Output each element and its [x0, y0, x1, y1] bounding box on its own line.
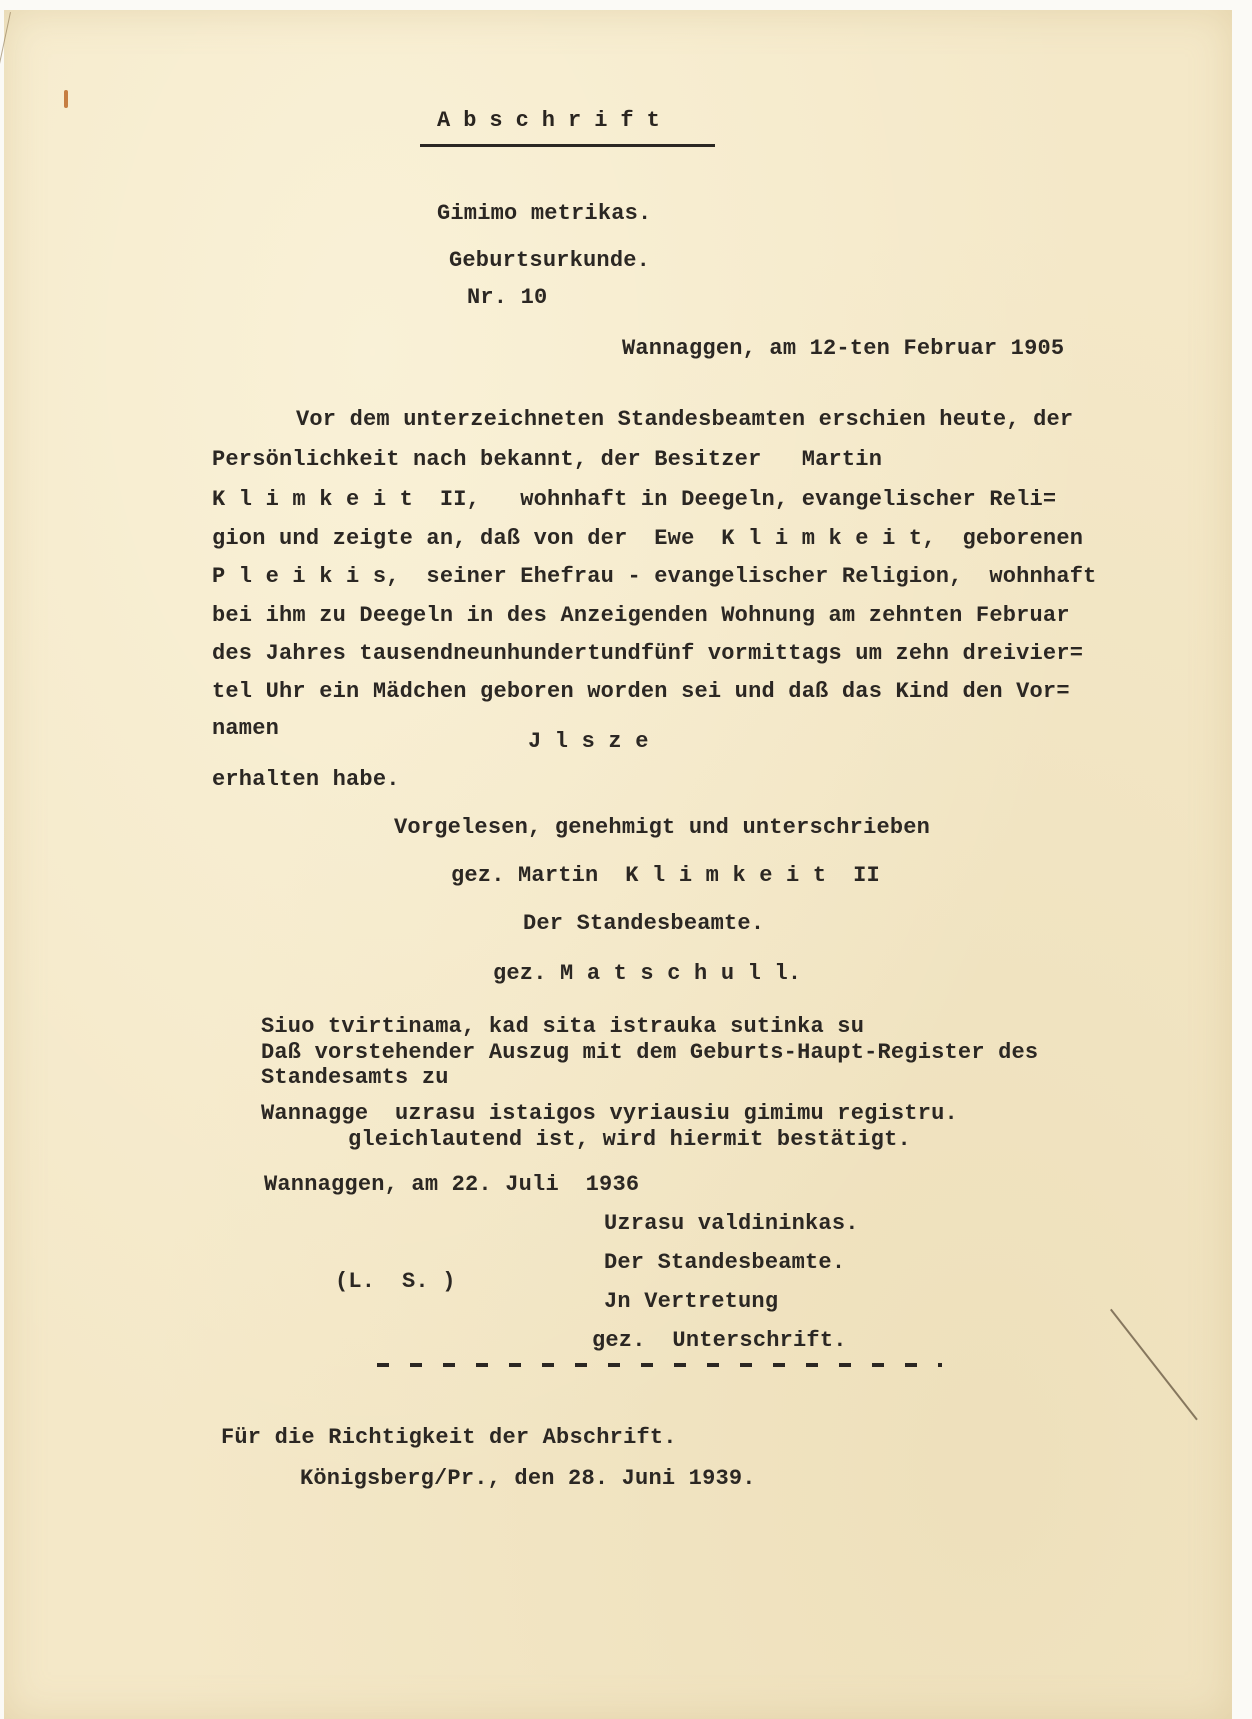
official-line-3: Jn Vertretung: [604, 1289, 778, 1315]
signed-registrar: gez. M a t s c h u l l.: [493, 961, 801, 987]
cert-de-line-2: Standesamts zu: [261, 1065, 449, 1091]
body-line-1: Vor dem unterzeichneten Standesbeamten e…: [296, 407, 1073, 433]
body-line-8: tel Uhr ein Mädchen geboren worden sei u…: [212, 679, 1070, 705]
body-line-5: P l e i k i s, seiner Ehefrau - evangeli…: [212, 564, 1097, 590]
german-title: Geburtsurkunde.: [449, 248, 650, 274]
registrar-label: Der Standesbeamte.: [523, 911, 764, 937]
official-line-4: gez. Unterschrift.: [592, 1328, 847, 1354]
body-line-7: des Jahres tausendneunhundertundfünf vor…: [212, 641, 1083, 667]
seal-mark: (L. S. ): [335, 1269, 456, 1295]
cert-lt-line-2: Wannagge uzrasu istaigos vyriausiu gimim…: [261, 1101, 958, 1127]
lithuanian-title: Gimimo metrikas.: [437, 201, 651, 227]
footer-correctness: Für die Richtigkeit der Abschrift.: [221, 1425, 677, 1451]
body-line-6: bei ihm zu Deegeln in des Anzeigenden Wo…: [212, 603, 1070, 629]
official-line-1: Uzrasu valdininkas.: [604, 1211, 859, 1237]
body-line-9: namen: [212, 716, 279, 742]
document-title: Abschrift: [437, 108, 673, 133]
title-underline: [420, 144, 715, 147]
certificate-number: Nr. 10: [467, 285, 547, 311]
body-line-3: K l i m k e i t II, wohnhaft in Deegeln,…: [212, 487, 1056, 513]
signed-father: gez. Martin K l i m k e i t II: [451, 863, 880, 889]
rust-stain: [64, 90, 68, 108]
child-name: J l s z e: [528, 729, 649, 755]
footer-place-date: Königsberg/Pr., den 28. Juni 1939.: [300, 1466, 756, 1492]
official-line-2: Der Standesbeamte.: [604, 1250, 845, 1276]
body-line-4: gion und zeigte an, daß von der Ewe K l …: [212, 526, 1083, 552]
body-line-2: Persönlichkeit nach bekannt, der Besitze…: [212, 447, 882, 473]
body-end: erhalten habe.: [212, 767, 400, 793]
certification-date: Wannaggen, am 22. Juli 1936: [264, 1172, 639, 1198]
dashed-separator: [377, 1363, 942, 1367]
cert-de-line-3: gleichlautend ist, wird hiermit bestätig…: [348, 1127, 911, 1153]
place-date: Wannaggen, am 12-ten Februar 1905: [622, 336, 1064, 362]
cert-lt-line-1: Siuo tvirtinama, kad sita istrauka sutin…: [261, 1014, 864, 1040]
read-approved: Vorgelesen, genehmigt und unterschrieben: [394, 815, 930, 841]
cert-de-line-1: Daß vorstehender Auszug mit dem Geburts-…: [261, 1040, 1038, 1066]
